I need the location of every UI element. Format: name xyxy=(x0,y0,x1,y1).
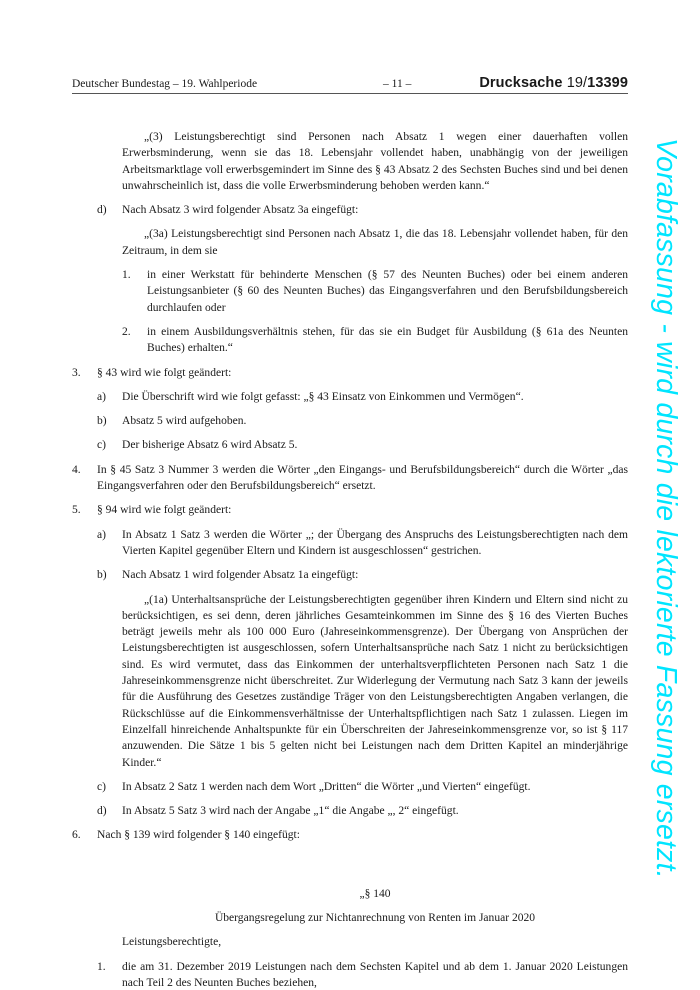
quote-paragraph-3: „(3) Leistungsberechtigt sind Personen n… xyxy=(122,129,628,194)
page-header: Deutscher Bundestag – 19. Wahlperiode – … xyxy=(72,76,628,94)
list-label: 3. xyxy=(72,365,97,381)
list-item-140-1: 1. die am 31. Dezember 2019 Leistungen n… xyxy=(97,959,628,990)
header-document-number: Drucksache 19/13399 xyxy=(479,75,628,91)
list-label: c) xyxy=(97,779,122,795)
list-text: Nach Absatz 3 wird folgender Absatz 3a e… xyxy=(122,202,628,218)
section-intro: Leistungsberechtigte, xyxy=(122,934,628,950)
list-label: a) xyxy=(97,389,122,405)
list-text: In Absatz 1 Satz 3 werden die Wörter „; … xyxy=(122,527,628,560)
section-number: „§ 140 xyxy=(122,886,628,902)
list-text: Absatz 5 wird aufgehoben. xyxy=(122,413,628,429)
list-item-5b: b) Nach Absatz 1 wird folgender Absatz 1… xyxy=(97,567,628,583)
list-text: § 43 wird wie folgt geändert: xyxy=(97,365,628,381)
list-item-5d: d) In Absatz 5 Satz 3 wird nach der Anga… xyxy=(97,803,628,819)
section-title: Übergangsregelung zur Nichtanrechnung vo… xyxy=(122,910,628,926)
list-text: In Absatz 5 Satz 3 wird nach der Angabe … xyxy=(122,803,628,819)
list-item-5c: c) In Absatz 2 Satz 1 werden nach dem Wo… xyxy=(97,779,628,795)
list-label: d) xyxy=(97,803,122,819)
list-item-3b: b) Absatz 5 wird aufgehoben. xyxy=(97,413,628,429)
list-label: d) xyxy=(97,202,122,218)
list-item-d: d) Nach Absatz 3 wird folgender Absatz 3… xyxy=(97,202,628,218)
list-item-3a: a) Die Überschrift wird wie folgt gefass… xyxy=(97,389,628,405)
list-item-3: 3. § 43 wird wie folgt geändert: xyxy=(72,365,628,381)
draft-watermark: Vorabfassung - wird durch die lektoriert… xyxy=(648,138,682,928)
quote-paragraph-3a: „(3a) Leistungsberechtigt sind Personen … xyxy=(122,226,628,259)
list-text: Nach Absatz 1 wird folgender Absatz 1a e… xyxy=(122,567,628,583)
list-text: in einer Werkstatt für behinderte Mensch… xyxy=(147,267,628,316)
list-label: a) xyxy=(97,527,122,560)
list-label: 1. xyxy=(97,959,122,990)
list-item-5: 5. § 94 wird wie folgt geändert: xyxy=(72,502,628,518)
list-text: Die Überschrift wird wie folgt gefasst: … xyxy=(122,389,628,405)
header-parliament-period: Deutscher Bundestag – 19. Wahlperiode xyxy=(72,78,257,90)
list-text: Der bisherige Absatz 6 wird Absatz 5. xyxy=(122,437,628,453)
header-page-number: – 11 – xyxy=(383,78,411,90)
list-label: b) xyxy=(97,567,122,583)
document-page: Deutscher Bundestag – 19. Wahlperiode – … xyxy=(0,0,700,990)
list-text: Nach § 139 wird folgender § 140 eingefüg… xyxy=(97,827,628,843)
list-item-3a-1: 1. in einer Werkstatt für behinderte Men… xyxy=(122,267,628,316)
list-label: 1. xyxy=(122,267,147,316)
list-item-4: 4. In § 45 Satz 3 Nummer 3 werden die Wö… xyxy=(72,462,628,495)
list-label: 4. xyxy=(72,462,97,495)
list-item-3c: c) Der bisherige Absatz 6 wird Absatz 5. xyxy=(97,437,628,453)
watermark-text: Vorabfassung - wird durch die lektoriert… xyxy=(649,138,682,879)
list-item-5a: a) In Absatz 1 Satz 3 werden die Wörter … xyxy=(97,527,628,560)
document-body: „(3) Leistungsberechtigt sind Personen n… xyxy=(72,129,628,990)
list-item-6: 6. Nach § 139 wird folgender § 140 einge… xyxy=(72,827,628,843)
list-label: 5. xyxy=(72,502,97,518)
header-doc-prefix: 19/ xyxy=(567,75,587,91)
list-label: 2. xyxy=(122,324,147,357)
list-text: § 94 wird wie folgt geändert: xyxy=(97,502,628,518)
header-doc-main: 13399 xyxy=(587,75,628,91)
list-item-3a-2: 2. in einem Ausbildungsverhältnis stehen… xyxy=(122,324,628,357)
quote-paragraph-1a: „(1a) Unterhaltsansprüche der Leistungsb… xyxy=(122,592,628,771)
list-label: b) xyxy=(97,413,122,429)
list-label: c) xyxy=(97,437,122,453)
header-doc-number: 19/13399 xyxy=(567,75,628,91)
list-text: in einem Ausbildungsverhältnis stehen, f… xyxy=(147,324,628,357)
list-text: In § 45 Satz 3 Nummer 3 werden die Wörte… xyxy=(97,462,628,495)
list-text: In Absatz 2 Satz 1 werden nach dem Wort … xyxy=(122,779,628,795)
list-label: 6. xyxy=(72,827,97,843)
list-text: die am 31. Dezember 2019 Leistungen nach… xyxy=(122,959,628,990)
header-doc-label: Drucksache xyxy=(479,75,562,91)
